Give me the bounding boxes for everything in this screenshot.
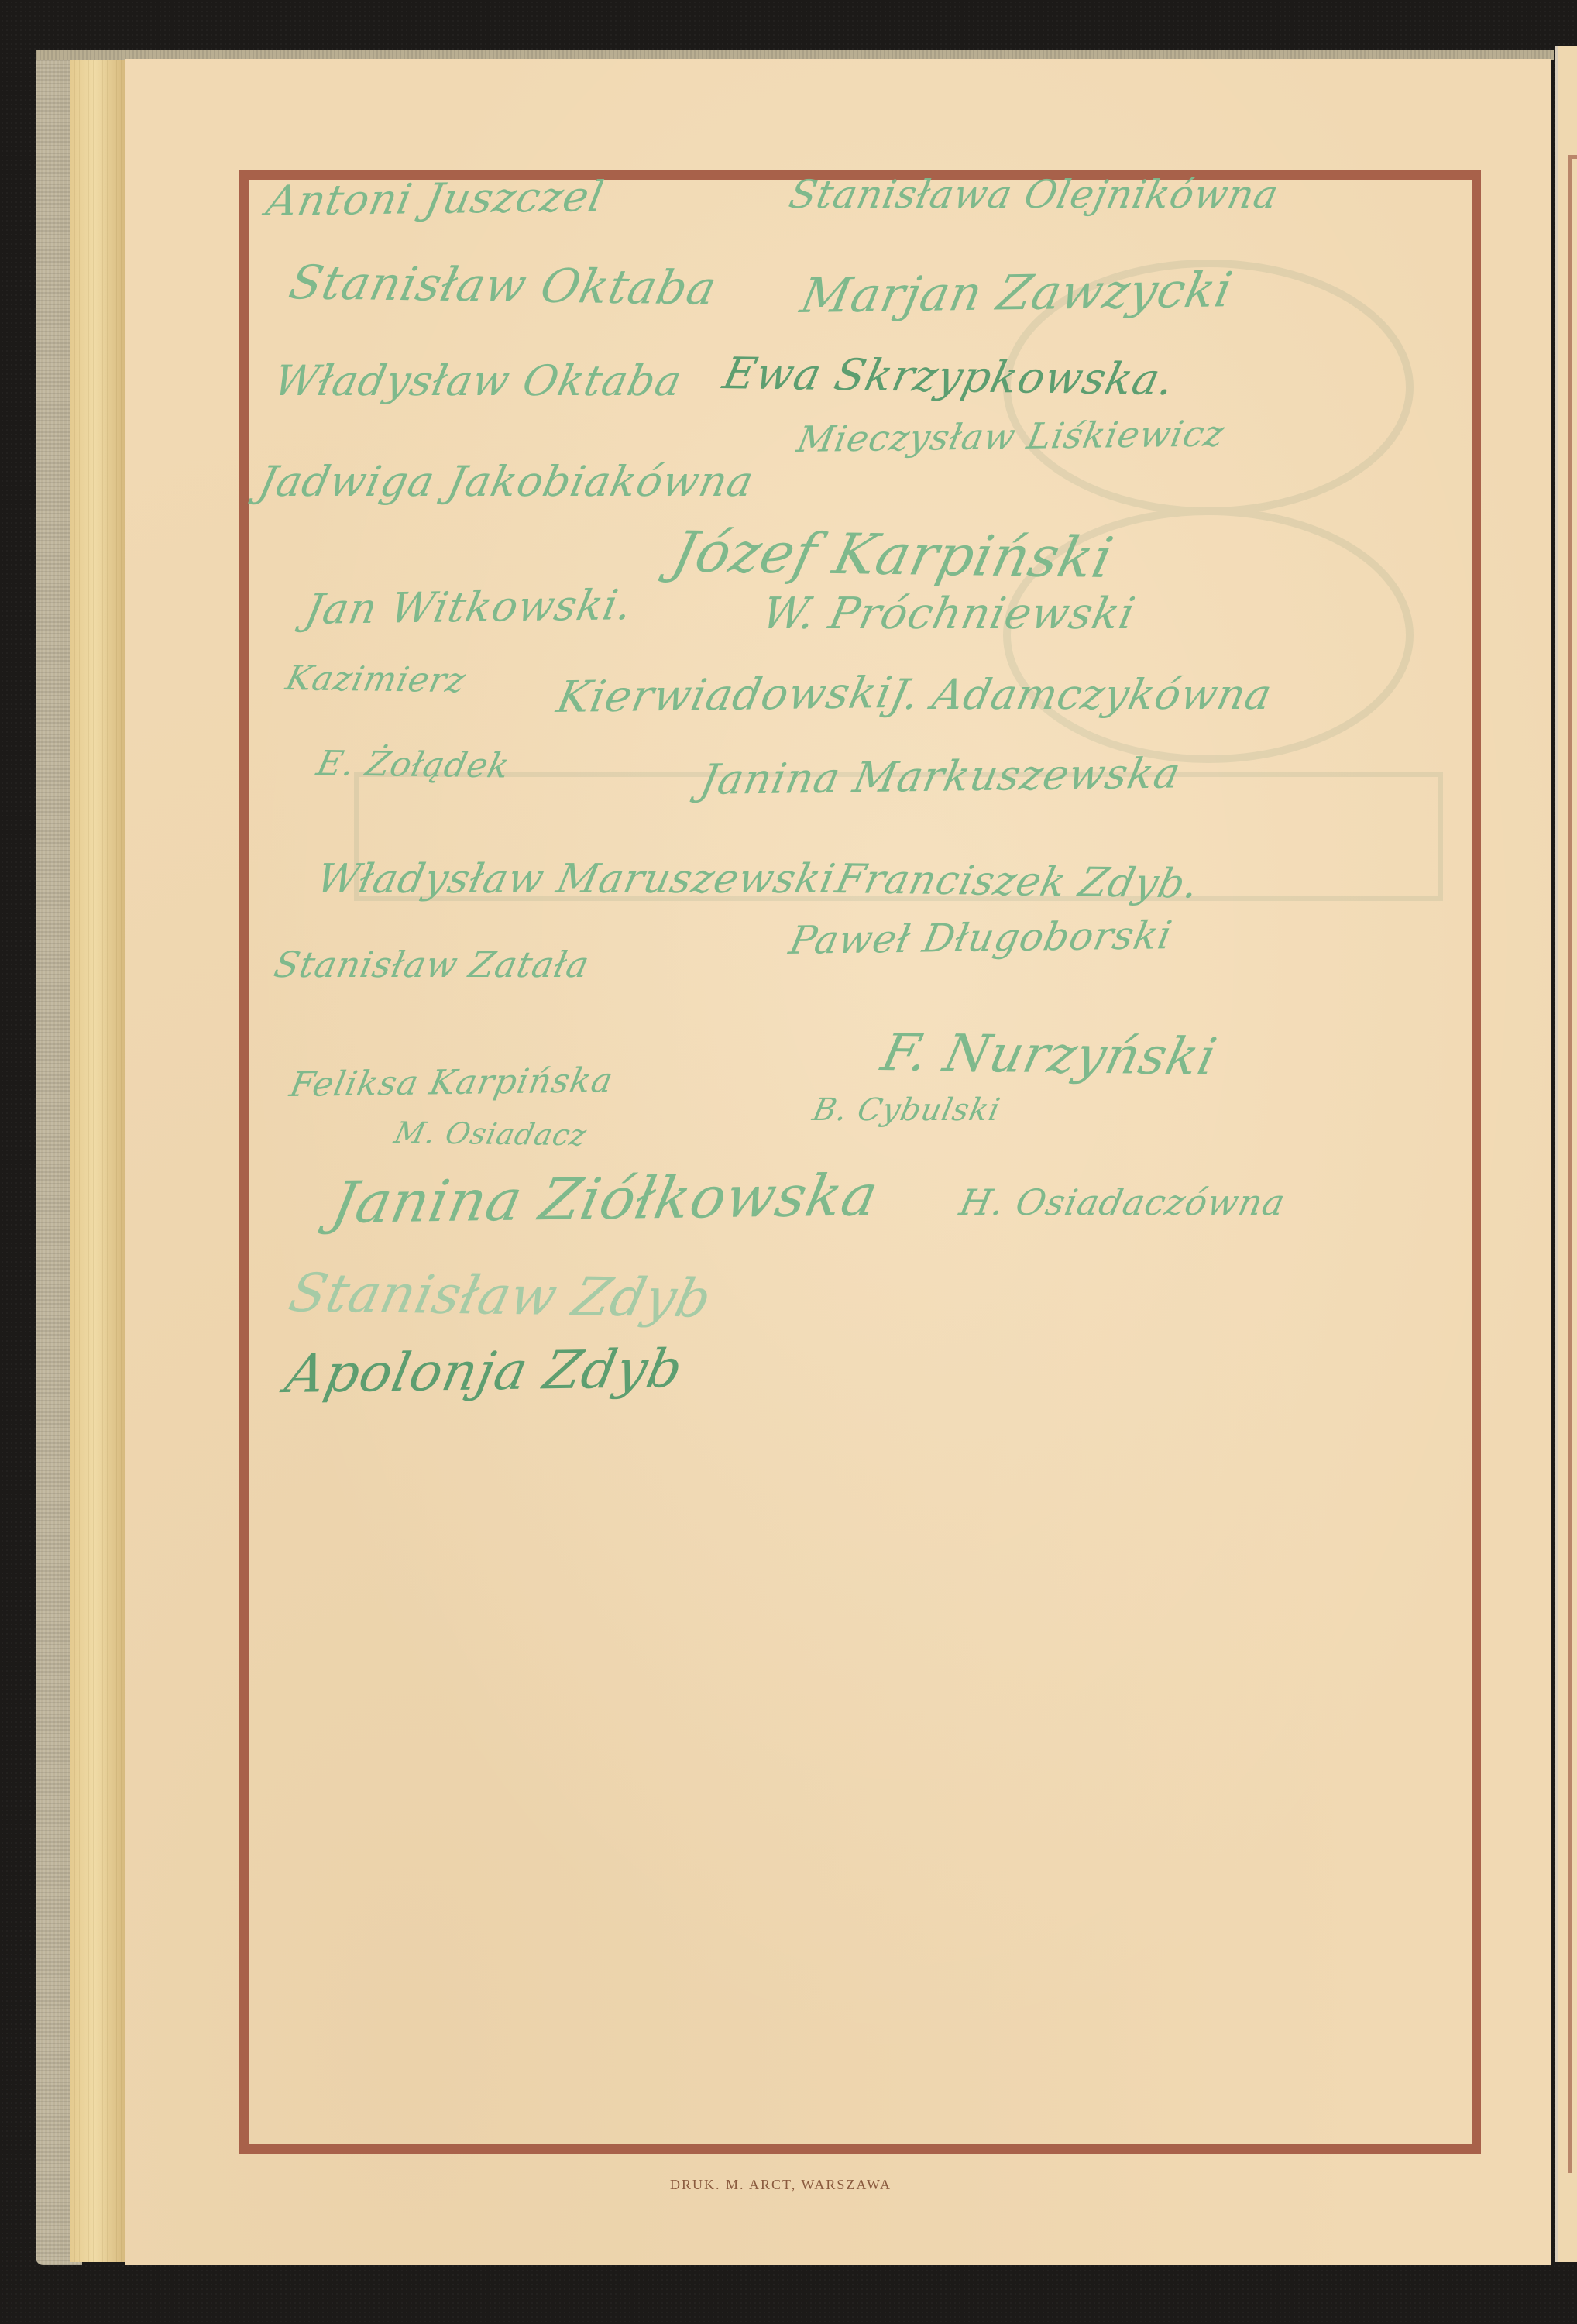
- signature: Janina Ziółkowska: [326, 1162, 884, 1236]
- signature: Stanisław Zdyb: [283, 1263, 717, 1330]
- adjacent-page-frame: [1568, 155, 1577, 2173]
- page-block-edge: [70, 60, 125, 2262]
- signature: Apolonja Zdyb: [280, 1339, 688, 1405]
- signature: J. Adamczykówna: [885, 670, 1276, 719]
- signature: Janina Markuszewska: [696, 748, 1185, 804]
- signature: E. Żołądek: [313, 744, 514, 786]
- signature: F. Nurzyński: [876, 1023, 1222, 1087]
- signature: Franciszek Zdyb.: [831, 856, 1204, 908]
- signature: Marjan Zawzycki: [796, 261, 1238, 324]
- signature: Józef Karpiński: [666, 519, 1119, 590]
- signature: Feliksa Karpińska: [287, 1061, 617, 1105]
- signature: Ewa Skrzypkowska.: [719, 349, 1180, 405]
- signature: Antoni Juszczel: [263, 172, 608, 225]
- signature: Paweł Długoborski: [785, 913, 1176, 963]
- printer-imprint-text: DRUK. M. ARCT, WARSZAWA: [670, 2177, 892, 2192]
- signature: Stanisław Zatała: [270, 944, 593, 985]
- signature: Jan Witkowski.: [301, 580, 637, 634]
- signature: Władysław Oktaba: [270, 356, 686, 405]
- signature: B. Cybulski: [809, 1092, 1004, 1128]
- signature: Kierwiadowski: [553, 668, 897, 723]
- signature: Stanisław Oktaba: [284, 256, 722, 316]
- signature: Mieczysław Liśkiewicz: [794, 412, 1228, 460]
- signature: Władysław Maruszewski: [313, 856, 840, 902]
- signature: Jadwiga Jakobiakówna: [254, 457, 758, 506]
- signature: Kazimierz: [282, 658, 469, 700]
- signature: W. Próchniewski: [758, 589, 1139, 639]
- signature: Stanisława Olejnikówna: [785, 172, 1283, 217]
- signature: M. Osiadacz: [391, 1116, 590, 1152]
- signature: H. Osiadaczówna: [956, 1181, 1289, 1223]
- printer-imprint: DRUK. M. ARCT, WARSZAWA: [0, 2177, 1577, 2193]
